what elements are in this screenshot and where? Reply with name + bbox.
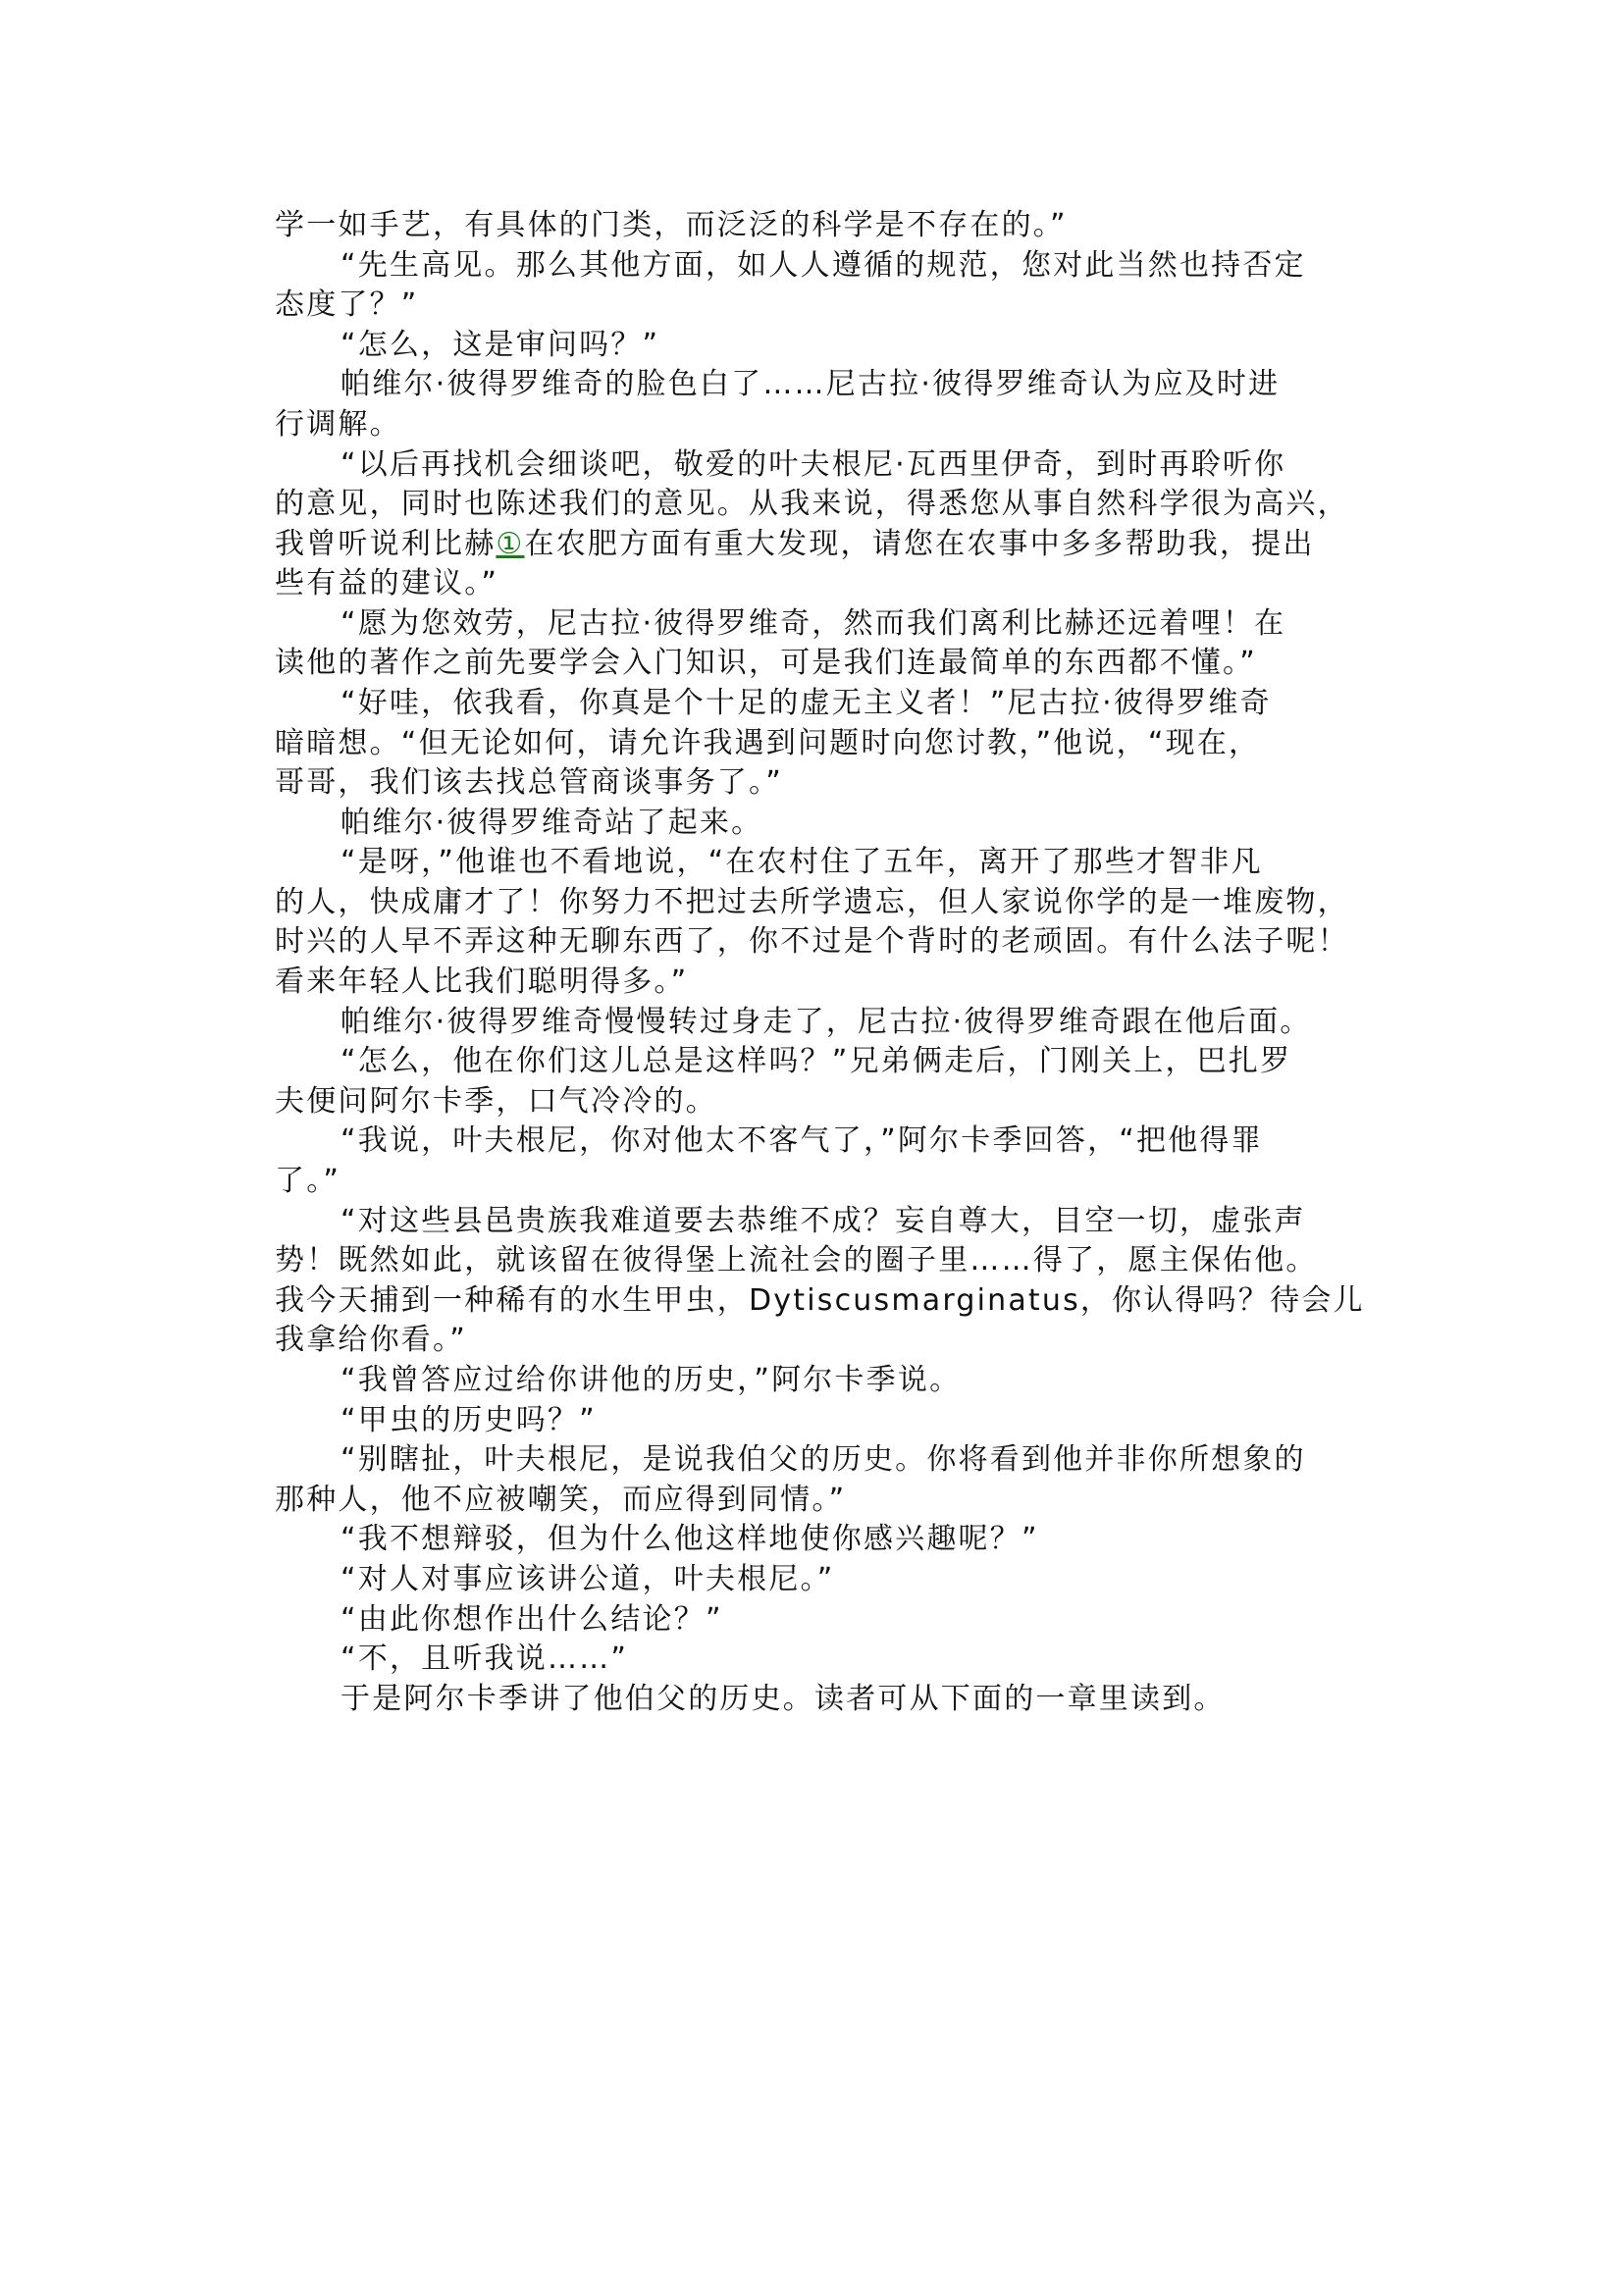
text-line: 暗暗想。“但无论如何，请允许我遇到问题时向您讨教，”他说，“现在，: [275, 723, 1260, 763]
footnote-marker[interactable]: ①: [496, 527, 524, 561]
text-line: 学一如手艺，有具体的门类，而泛泛的科学是不存在的。”: [275, 205, 1068, 245]
text-line: 我今天捕到一种稀有的水生甲虫，Dytiscusmarginatus，你认得吗？待…: [275, 1280, 1365, 1321]
text-line: 我拿给你看。”: [275, 1320, 467, 1360]
text-line: 了。”: [275, 1161, 341, 1201]
text-line: “由此你想作出什么结论？”: [341, 1599, 723, 1640]
text-line: “对这些县邑贵族我难道要去恭维不成？妄自尊大，目空一切，虚张声: [341, 1201, 1306, 1241]
text-line: “我曾答应过给你讲他的历史，”阿尔卡季说。: [341, 1360, 961, 1400]
text-segment: 在农肥方面有重大发现，请您在农事中多多帮助我，提出: [525, 527, 1315, 561]
text-line: 帕维尔·彼得罗维奇的脸色白了……尼古拉·彼得罗维奇认为应及时进: [341, 364, 1280, 404]
text-line: 我曾听说利比赫①在农肥方面有重大发现，请您在农事中多多帮助我，提出: [275, 524, 1315, 564]
document-page: 学一如手艺，有具体的门类，而泛泛的科学是不存在的。” “先生高见。那么其他方面，…: [0, 0, 1624, 2294]
text-line: “我说，叶夫根尼，你对他太不客气了，”阿尔卡季回答，“把他得罪: [341, 1121, 1263, 1161]
text-line: 时兴的人早不弄这种无聊东西了，你不过是个背时的老顽固。有什么法子呢！: [275, 921, 1349, 962]
text-line: 的意见，同时也陈述我们的意见。从我来说，得悉您从事自然科学很为高兴，: [275, 484, 1349, 524]
text-line: 行调解。: [275, 404, 401, 444]
text-line: 那种人，他不应被嘲笑，而应得到同情。”: [275, 1480, 846, 1520]
text-line: “别瞎扯，叶夫根尼，是说我伯父的历史。你将看到他并非你所想象的: [341, 1439, 1306, 1480]
text-segment: 我曾听说利比赫: [275, 527, 496, 561]
text-line: “不，且听我说……”: [341, 1639, 628, 1679]
text-line: “对人对事应该讲公道，叶夫根尼。”: [341, 1559, 834, 1599]
text-line: “好哇，依我看，你真是个十足的虚无主义者！”尼古拉·彼得罗维奇: [341, 683, 1272, 723]
text-line: “我不想辩驳，但为什么他这样地使你感兴趣呢？”: [341, 1519, 1039, 1559]
text-line: 态度了？”: [275, 285, 419, 325]
text-line: “以后再找机会细谈吧，敬爱的叶夫根尼·瓦西里伊奇，到时再聆听你: [341, 444, 1285, 485]
text-line: 帕维尔·彼得罗维奇慢慢转过身走了，尼古拉·彼得罗维奇跟在他后面。: [341, 1002, 1311, 1042]
text-line: 哥哥，我们该去找总管商谈事务了。”: [275, 762, 783, 803]
text-line: “怎么，这是审问吗？”: [341, 325, 659, 365]
text-line: 些有益的建议。”: [275, 563, 498, 603]
text-line: “是呀，”他谁也不看地说，“在农村住了五年，离开了那些才智非凡: [341, 842, 1263, 882]
text-line: 看来年轻人比我们聪明得多。”: [275, 962, 688, 1002]
text-line: 读他的著作之前先要学会入门知识，可是我们连最简单的东西都不懂。”: [275, 643, 1257, 683]
text-line: 夫便问阿尔卡季，口气冷冷的。: [275, 1081, 717, 1121]
text-line: 的人，快成庸才了！你努力不把过去所学遗忘，但人家说你学的是一堆废物，: [275, 882, 1349, 922]
text-line: 势！既然如此，就该留在彼得堡上流社会的圈子里……得了，愿主保佑他。: [275, 1240, 1318, 1280]
text-line: “先生高见。那么其他方面，如人人遵循的规范，您对此当然也持否定: [341, 245, 1306, 286]
text-line: 帕维尔·彼得罗维奇站了起来。: [341, 803, 762, 843]
text-line: “愿为您效劳，尼古拉·彼得罗维奇，然而我们离利比赫还远着哩！在: [341, 603, 1285, 644]
text-line: “怎么，他在你们这儿总是这样吗？”兄弟俩走后，门刚关上，巴扎罗: [341, 1041, 1291, 1081]
text-line: “甲虫的历史吗？”: [341, 1400, 597, 1440]
text-line: 于是阿尔卡季讲了他伯父的历史。读者可从下面的一章里读到。: [341, 1679, 1226, 1719]
